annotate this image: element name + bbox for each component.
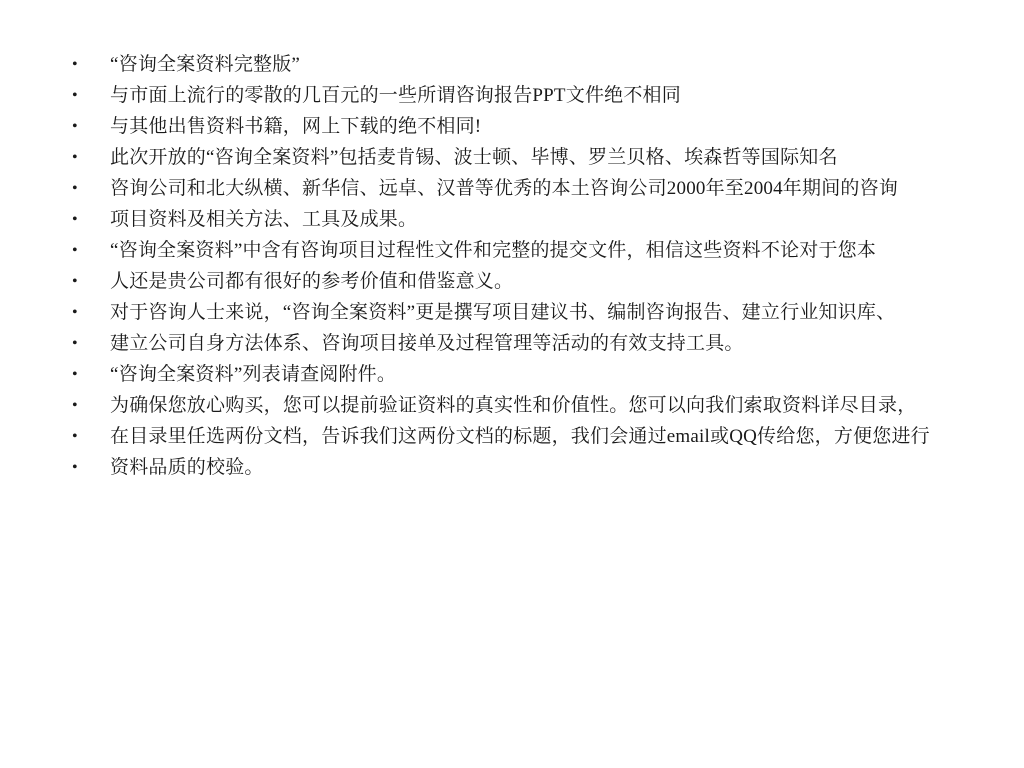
list-item: • 建立公司自身方法体系、咨询项目接单及过程管理等活动的有效支持工具。 — [68, 331, 934, 356]
list-item: • 此次开放的“咨询全案资料”包括麦肯锡、波士顿、毕博、罗兰贝格、埃森哲等国际知… — [68, 145, 934, 170]
list-item-text: 咨询公司和北大纵横、新华信、远卓、汉普等优秀的本土咨询公司2000年至2004年… — [110, 176, 934, 201]
list-item-text: 资料品质的校验。 — [110, 455, 934, 480]
bullet-icon: • — [72, 300, 84, 325]
bullet-icon: • — [72, 362, 84, 387]
bullet-icon: • — [72, 238, 84, 263]
bullet-icon: • — [72, 52, 84, 77]
bullet-icon: • — [72, 424, 84, 449]
list-item: • 咨询公司和北大纵横、新华信、远卓、汉普等优秀的本土咨询公司2000年至200… — [68, 176, 934, 201]
list-item-text: 为确保您放心购买，您可以提前验证资料的真实性和价值性。您可以向我们索取资料详尽目… — [110, 393, 934, 418]
list-item: • 为确保您放心购买，您可以提前验证资料的真实性和价值性。您可以向我们索取资料详… — [68, 393, 934, 418]
bullet-icon: • — [72, 455, 84, 480]
list-item-text: 建立公司自身方法体系、咨询项目接单及过程管理等活动的有效支持工具。 — [110, 331, 934, 356]
bullet-icon: • — [72, 176, 84, 201]
list-item: • 与市面上流行的零散的几百元的一些所谓咨询报告PPT文件绝不相同 — [68, 83, 934, 108]
list-item-text: “咨询全案资料”中含有咨询项目过程性文件和完整的提交文件，相信这些资料不论对于您… — [110, 238, 934, 263]
bullet-icon: • — [72, 83, 84, 108]
list-item-text: 与市面上流行的零散的几百元的一些所谓咨询报告PPT文件绝不相同 — [110, 83, 934, 108]
list-item-text: 在目录里任选两份文档，告诉我们这两份文档的标题，我们会通过email或QQ传给您… — [110, 424, 934, 449]
bullet-icon: • — [72, 207, 84, 232]
list-item: • 在目录里任选两份文档，告诉我们这两份文档的标题，我们会通过email或QQ传… — [68, 424, 934, 449]
list-item: • 与其他出售资料书籍，网上下载的绝不相同! — [68, 114, 934, 139]
list-item: • “咨询全案资料完整版” — [68, 52, 934, 77]
bullet-icon: • — [72, 145, 84, 170]
list-item: • 资料品质的校验。 — [68, 455, 934, 480]
list-item-text: 对于咨询人士来说，“咨询全案资料”更是撰写项目建议书、编制咨询报告、建立行业知识… — [110, 300, 934, 325]
list-item-text: 与其他出售资料书籍，网上下载的绝不相同! — [110, 114, 934, 139]
bullet-list: • “咨询全案资料完整版” • 与市面上流行的零散的几百元的一些所谓咨询报告PP… — [68, 52, 934, 486]
list-item-text: 此次开放的“咨询全案资料”包括麦肯锡、波士顿、毕博、罗兰贝格、埃森哲等国际知名 — [110, 145, 934, 170]
list-item-text: “咨询全案资料完整版” — [110, 52, 934, 77]
list-item-text: “咨询全案资料”列表请查阅附件。 — [110, 362, 934, 387]
list-item: • 人还是贵公司都有很好的参考价值和借鉴意义。 — [68, 269, 934, 294]
list-item: • “咨询全案资料”列表请查阅附件。 — [68, 362, 934, 387]
slide: • “咨询全案资料完整版” • 与市面上流行的零散的几百元的一些所谓咨询报告PP… — [0, 0, 1024, 768]
bullet-icon: • — [72, 331, 84, 356]
list-item-text: 人还是贵公司都有很好的参考价值和借鉴意义。 — [110, 269, 934, 294]
list-item: • 项目资料及相关方法、工具及成果。 — [68, 207, 934, 232]
bullet-icon: • — [72, 393, 84, 418]
list-item-text: 项目资料及相关方法、工具及成果。 — [110, 207, 934, 232]
list-item: • 对于咨询人士来说，“咨询全案资料”更是撰写项目建议书、编制咨询报告、建立行业… — [68, 300, 934, 325]
list-item: • “咨询全案资料”中含有咨询项目过程性文件和完整的提交文件，相信这些资料不论对… — [68, 238, 934, 263]
bullet-icon: • — [72, 269, 84, 294]
bullet-icon: • — [72, 114, 84, 139]
